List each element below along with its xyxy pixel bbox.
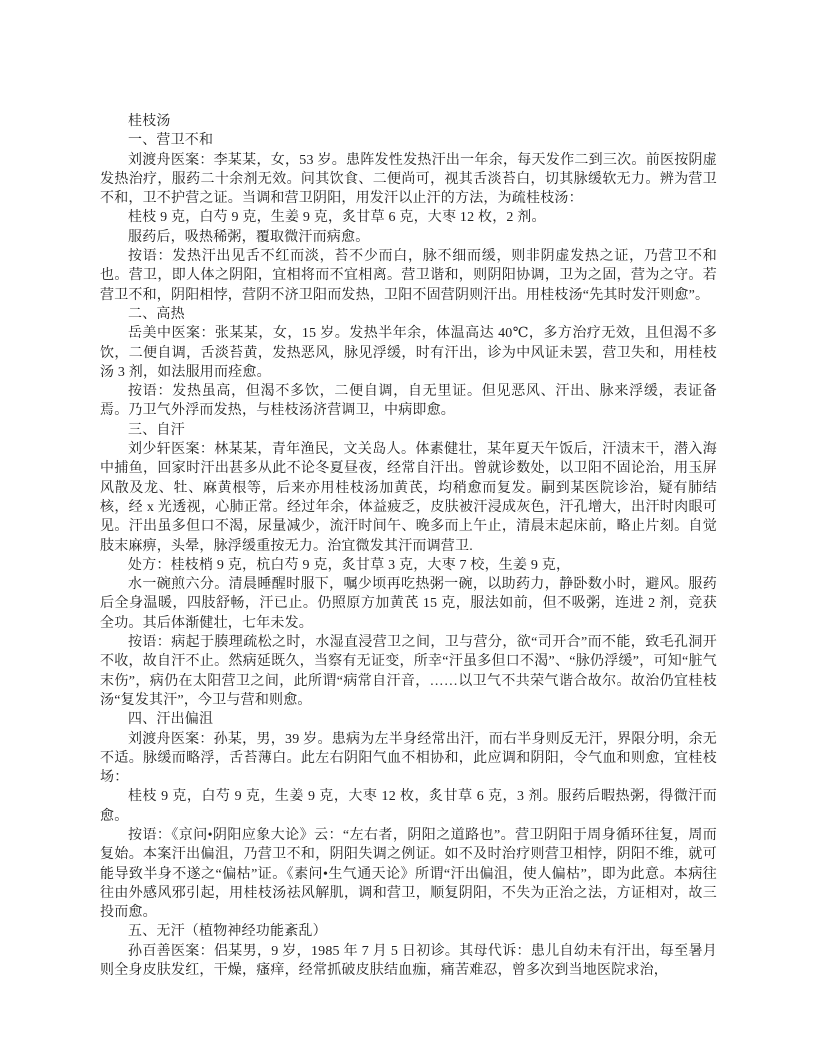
section-1-heading: 一、营卫不和 xyxy=(100,131,717,150)
section-1-case-paragraph: 刘渡舟医案：李某某，女，53 岁。患阵发性发热汗出一年余，每天发作二到三次。前医… xyxy=(100,151,717,209)
section-2-commentary-paragraph: 按语：发热虽高，但渴不多饮，二便自调，自无里证。但见恶风、汗出、脉来浮缓，表证备… xyxy=(100,382,717,421)
section-3-case-paragraph: 刘少轩医案：林某某，青年渔民，文关岛人。体素健壮，某年夏天午饭后，汗渍末干，潜入… xyxy=(100,440,717,556)
section-2-heading: 二、高热 xyxy=(100,305,717,324)
document-text-block: 桂枝汤 一、营卫不和 刘渡舟医案：李某某，女，53 岁。患阵发性发热汗出一年余，… xyxy=(100,112,717,980)
section-4-heading: 四、汗出偏沮 xyxy=(100,710,717,729)
document-page: 桂枝汤 一、营卫不和 刘渡舟医案：李某某，女，53 岁。患阵发性发热汗出一年余，… xyxy=(0,0,816,1056)
section-5-heading: 五、无汗（植物神经功能紊乱） xyxy=(100,922,717,941)
section-3-heading: 三、自汗 xyxy=(100,421,717,440)
section-4-commentary-paragraph: 按语：《京问•阴阳应象大论》云：“左右者，阴阳之道路也”。营卫阴阳于周身循环往复… xyxy=(100,826,717,922)
section-4-case-paragraph: 刘渡舟医案：孙某，男，39 岁。患病为左半身经常出汗，而右半身则反无汗，界限分明… xyxy=(100,730,717,788)
document-title: 桂枝汤 xyxy=(100,112,717,131)
section-3-usage-paragraph: 水一碗煎六分。清晨睡醒时服下，嘱少顷再吃热粥一碗，以助药力，静卧数小时，避风。服… xyxy=(100,575,717,633)
section-4-prescription-line: 桂枝 9 克，白芍 9 克，生姜 9 克，大枣 12 枚，炙甘草 6 克，3 剂… xyxy=(100,787,717,826)
section-2-case-paragraph: 岳美中医案：张某某，女，15 岁。发热半年余，体温高达 40℃，多方治疗无效，且… xyxy=(100,324,717,382)
section-5-case-paragraph: 孙百善医案：侣某男，9 岁，1985 年 7 月 5 日初诊。其母代诉：患儿自幼… xyxy=(100,942,717,981)
section-1-serving-note: 服药后，吸热稀粥，覆取微汗而病愈。 xyxy=(100,228,717,247)
section-1-prescription-line: 桂枝 9 克，白芍 9 克，生姜 9 克，炙甘草 6 克，大枣 12 枚，2 剂… xyxy=(100,208,717,227)
section-3-commentary-paragraph: 按语：病起于腠理疏松之时，水湿直浸营卫之间，卫与营分，欲“司开合”而不能，致毛孔… xyxy=(100,633,717,710)
section-3-prescription-line: 处方：桂枝梢 9 克，杭白芍 9 克，炙甘草 3 克，大枣 7 校，生姜 9 克… xyxy=(100,556,717,575)
section-1-commentary-paragraph: 按语：发热汗出见舌不红而淡，苔不少而白，脉不细而缓，则非阴虚发热之证，乃营卫不和… xyxy=(100,247,717,305)
